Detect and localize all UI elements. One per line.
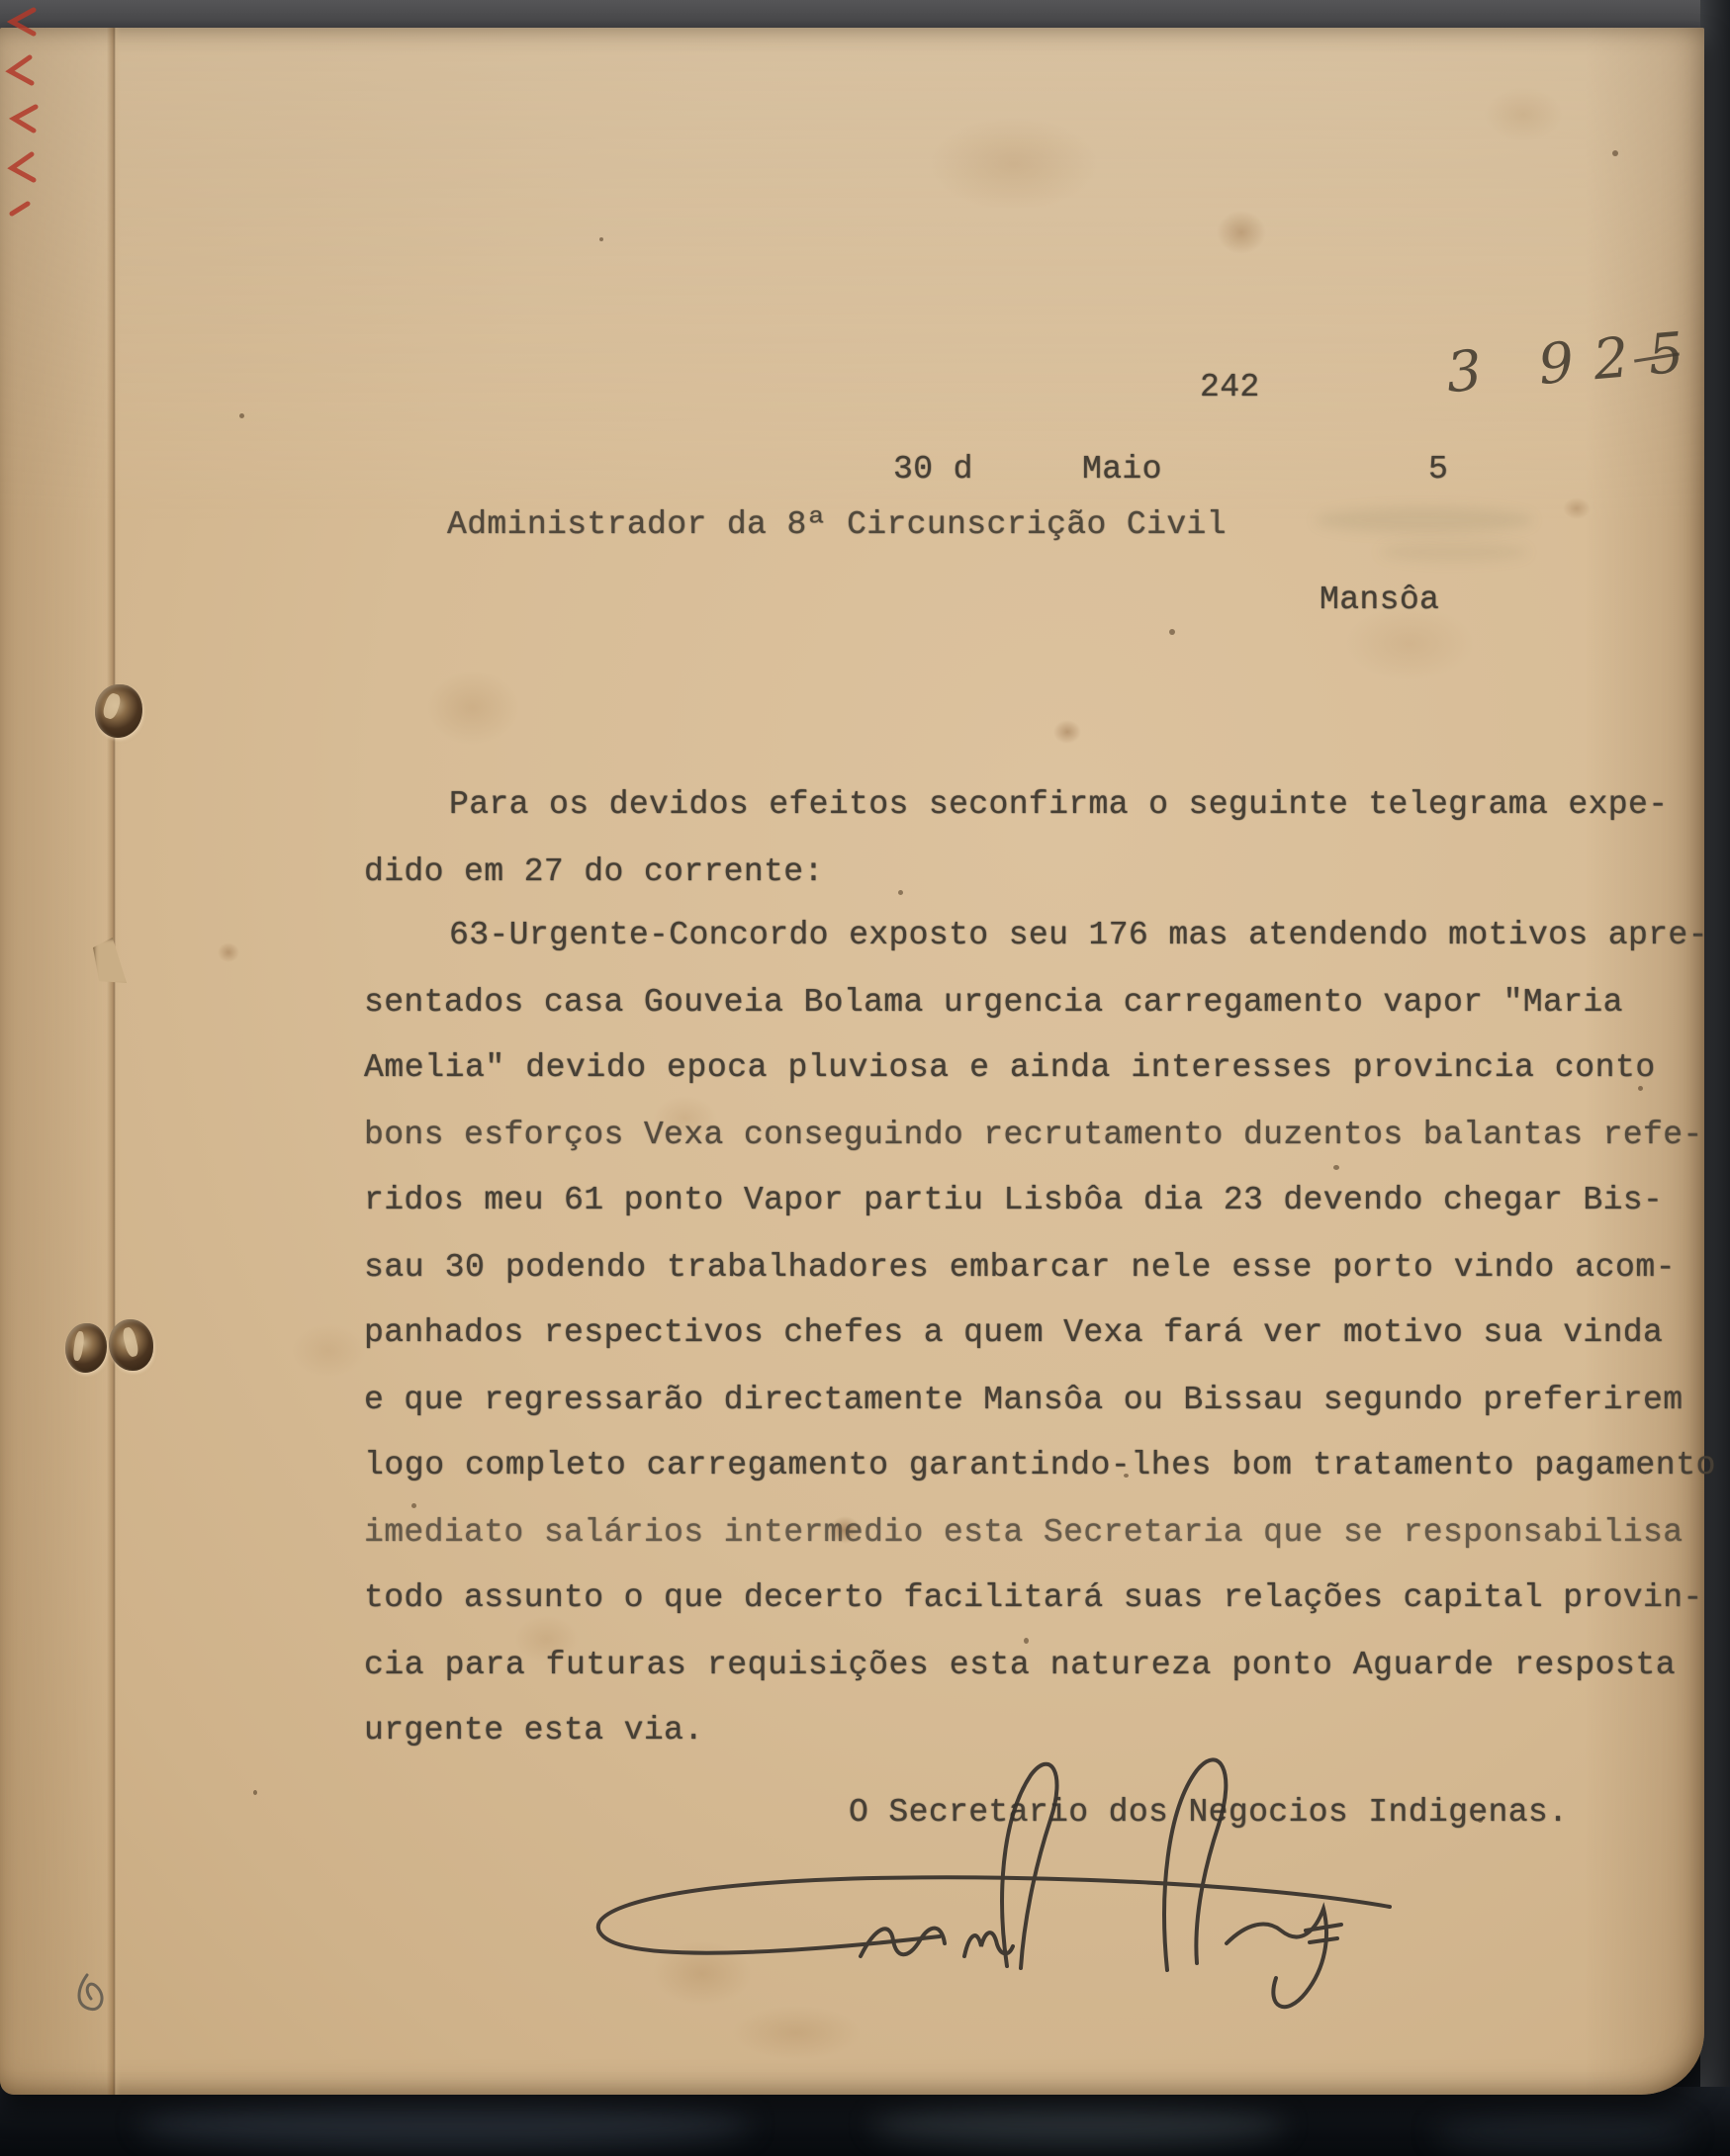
shadow-blob xyxy=(870,2103,1286,2146)
punch-hole xyxy=(95,684,142,738)
typed-line: bons esforços Vexa conseguindo recrutame… xyxy=(364,1102,1716,1168)
typed-line: Para os devidos efeitos seconfirma o seg… xyxy=(364,771,1668,838)
stain xyxy=(425,671,519,745)
stain xyxy=(653,1941,752,2006)
book-bottom-edge xyxy=(0,2087,1730,2156)
date-month: Maio xyxy=(1082,451,1162,488)
paper-tear xyxy=(93,938,127,983)
binding-crease xyxy=(107,28,121,2095)
typed-line: imediato salários intermedio esta Secret… xyxy=(364,1499,1716,1566)
punch-hole xyxy=(109,1319,153,1371)
stain xyxy=(930,117,1098,211)
book-scan: 242 3 925 30 d Maio 5 Administrador da 8… xyxy=(0,0,1730,2156)
stain xyxy=(1563,497,1591,519)
stain xyxy=(218,943,239,962)
ink-ghost-smudge xyxy=(1380,542,1528,562)
typed-line: 63-Urgente-Concordo exposto seu 176 mas … xyxy=(364,902,1716,968)
typed-line: sau 30 podendo trabalhadores embarcar ne… xyxy=(364,1234,1716,1301)
typed-line: e que regressarão directamente Mansôa ou… xyxy=(364,1367,1716,1433)
book-top-edge xyxy=(0,0,1730,31)
intro-paragraph: Para os devidos efeitos seconfirma o seg… xyxy=(364,771,1668,904)
ink-ghost-smudge xyxy=(1316,507,1533,533)
typed-line: Amelia" devido epoca pluviosa e ainda in… xyxy=(364,1034,1716,1101)
typed-line: todo assunto o que decerto facilitará su… xyxy=(364,1565,1716,1631)
typed-line: ridos meu 61 ponto Vapor partiu Lisbôa d… xyxy=(364,1167,1716,1233)
date-day: 30 d xyxy=(893,451,973,488)
stain xyxy=(1217,211,1266,254)
shadow-blob xyxy=(1434,2112,1691,2152)
closing-line: O Secretario dos Negocios Indigenas. xyxy=(849,1794,1568,1831)
typed-line: dido em 27 do corrente: xyxy=(364,839,1668,905)
stain xyxy=(732,2006,861,2060)
typed-line: urgente esta via. xyxy=(364,1697,1716,1763)
typed-line: sentados casa Gouveia Bolama urgencia ca… xyxy=(364,969,1716,1035)
punch-hole xyxy=(65,1323,107,1373)
folio-number: 242 xyxy=(1200,369,1260,405)
typed-line: panhados respectivos chefes a quem Vexa … xyxy=(364,1300,1716,1366)
telegram-body: 63-Urgente-Concordo exposto seu 176 mas … xyxy=(364,902,1716,1763)
addressee-place: Mansôa xyxy=(1320,582,1439,618)
stain xyxy=(292,1323,366,1378)
stain xyxy=(1053,720,1081,744)
date-number: 5 xyxy=(1428,451,1448,488)
stain xyxy=(1484,87,1563,141)
addressee-line: Administrador da 8ª Circunscrição Civil xyxy=(447,506,1227,543)
typed-line: cia para futuras requisições esta nature… xyxy=(364,1632,1716,1698)
typed-line: logo completo carregamento garantindo-lh… xyxy=(364,1432,1716,1498)
shadow-blob xyxy=(138,2099,752,2150)
